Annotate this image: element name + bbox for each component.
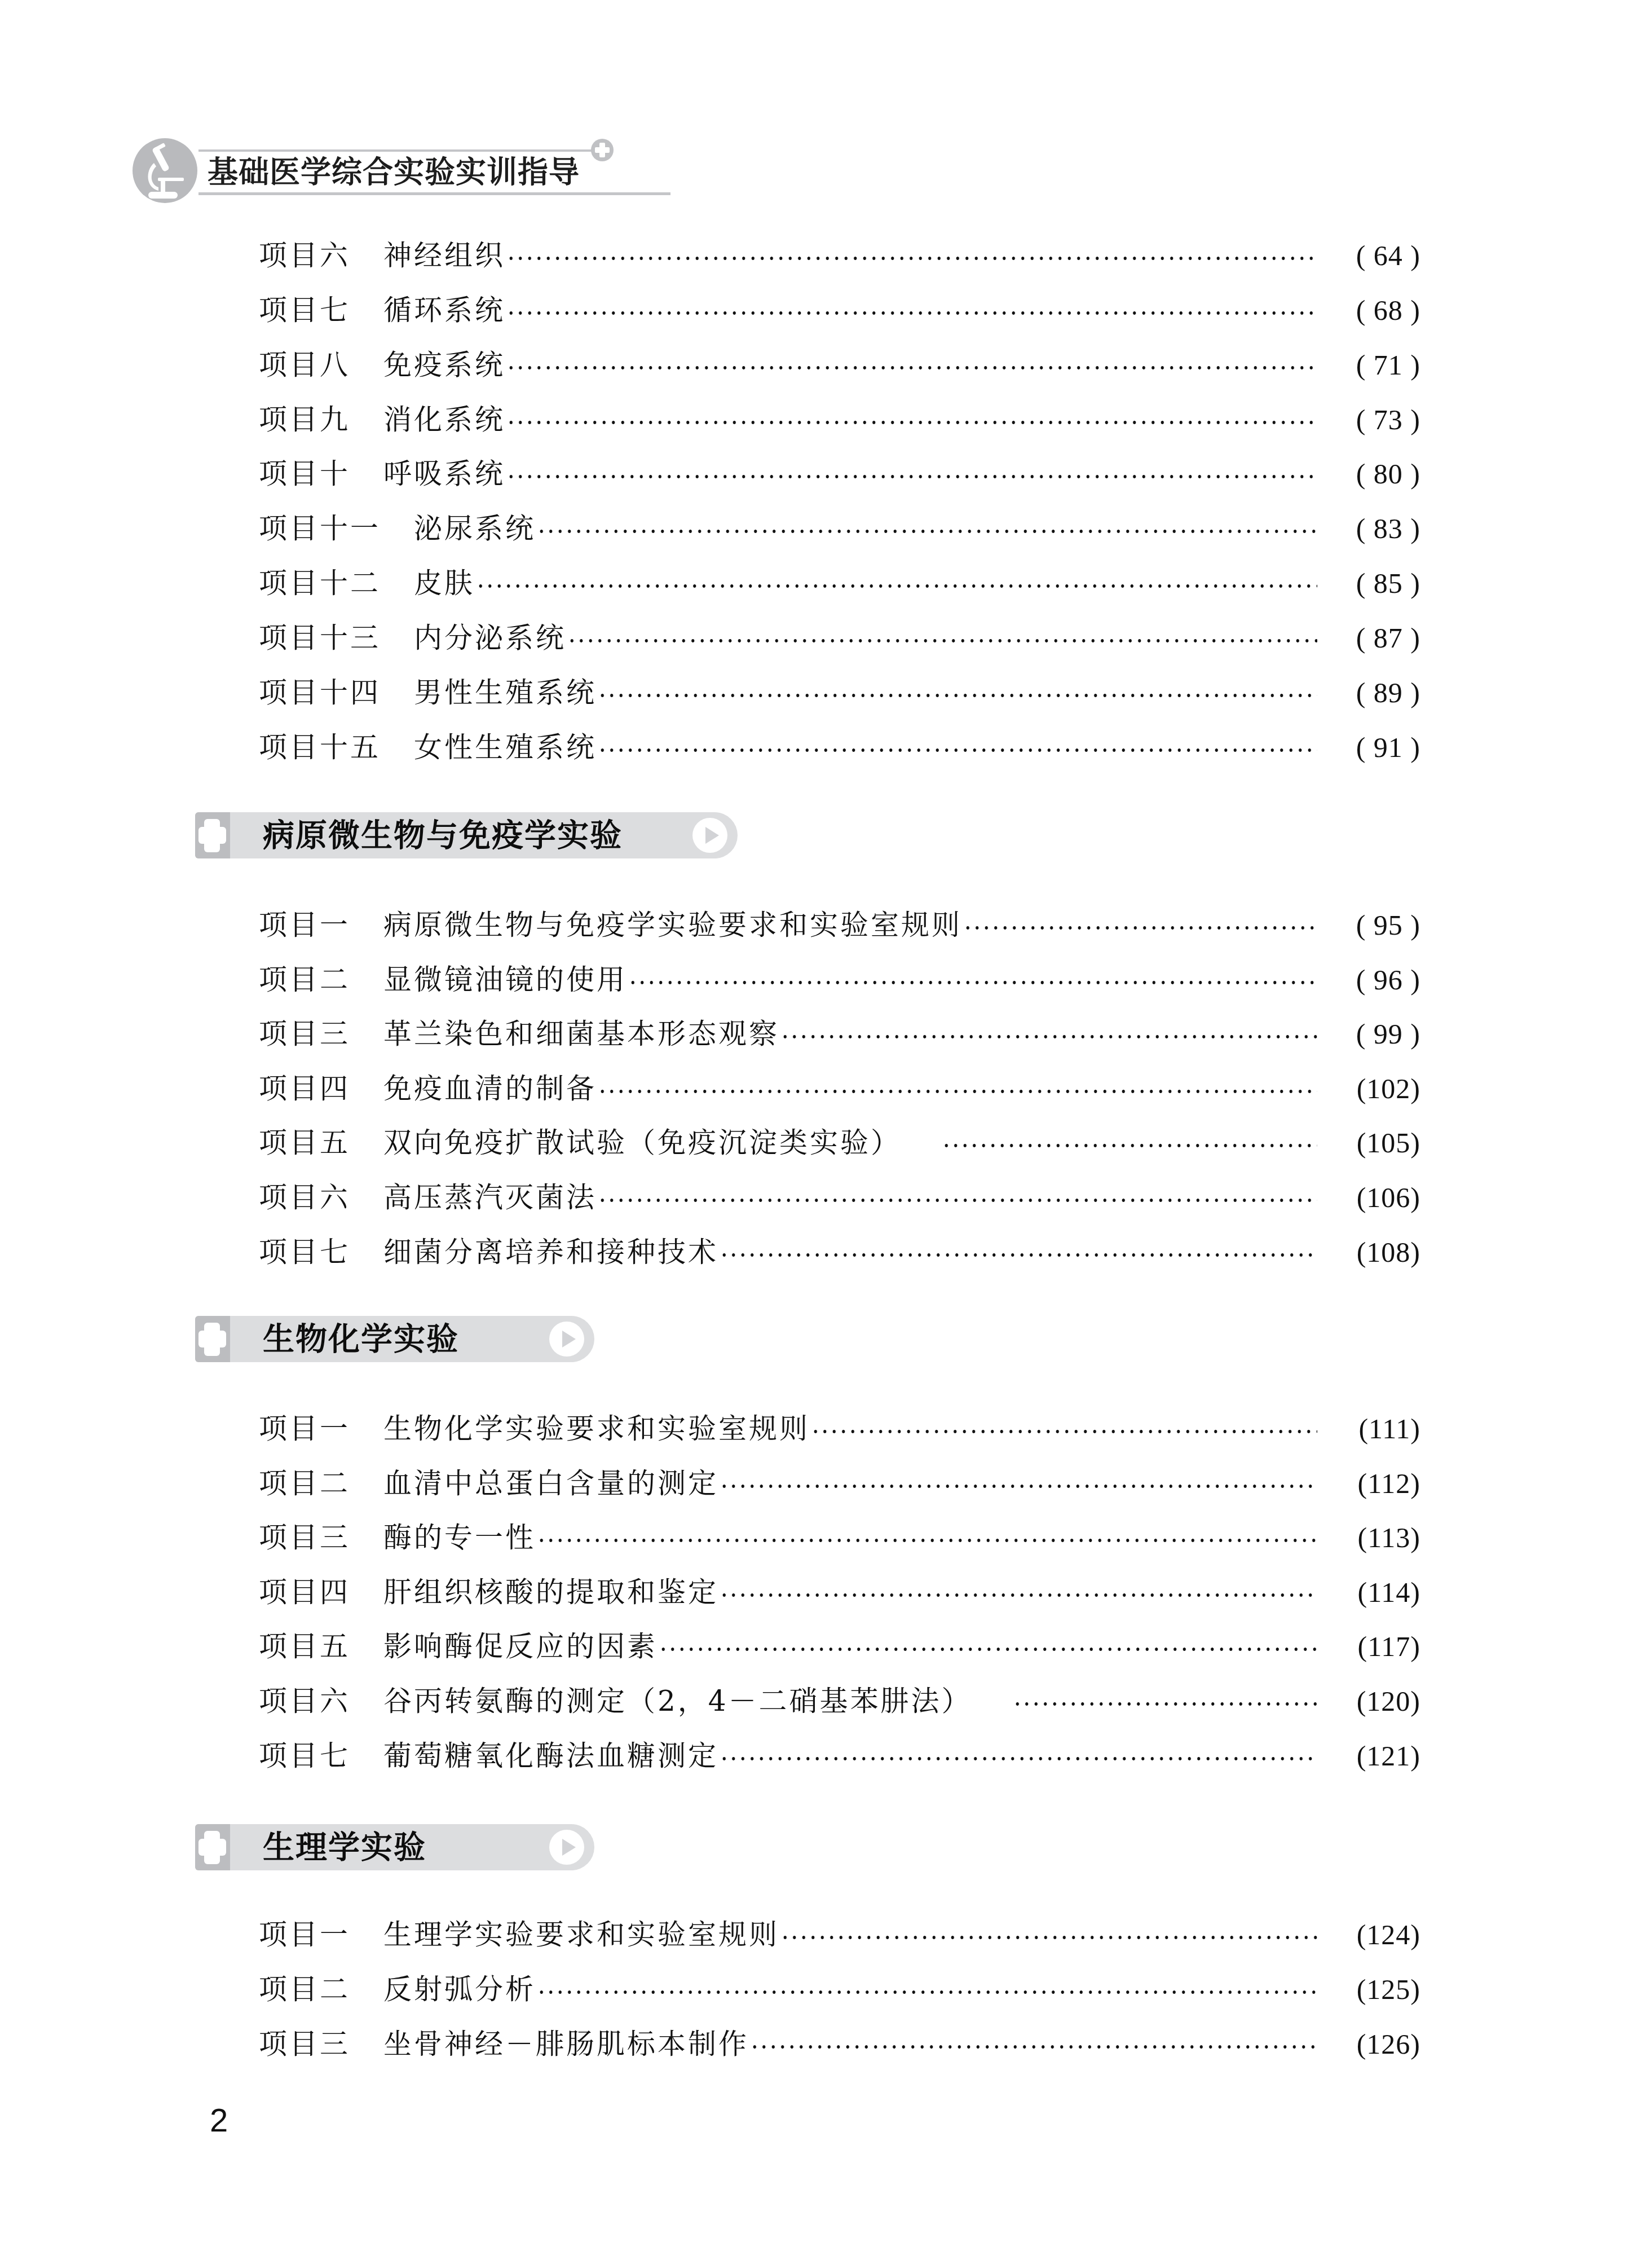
play-arrow-icon: [692, 818, 727, 853]
entry-page: ( 87 ): [1322, 621, 1420, 655]
dot-leader: [506, 256, 1317, 261]
dot-leader: [628, 980, 1317, 985]
section-header-physiology[interactable]: 生理学实验: [195, 1824, 594, 1870]
entry-page: (108): [1322, 1235, 1420, 1269]
dot-leader: [659, 1647, 1317, 1652]
section-title: 生理学实验: [263, 1824, 426, 1870]
entry-title: 革兰染色和细菌基本形态观察: [383, 1017, 779, 1051]
toc-entry[interactable]: 项目四 免疫血清的制备 (102): [259, 1072, 1420, 1106]
dot-leader: [537, 1990, 1317, 1994]
toc-entry[interactable]: 项目一 生理学实验要求和实验室规则 (124): [259, 1918, 1420, 1952]
entry-label: 项目七: [259, 293, 350, 327]
toc-entry[interactable]: 项目一 生物化学实验要求和实验室规则 (111): [259, 1412, 1420, 1446]
medical-cross-icon: [195, 1316, 230, 1362]
toc-entry[interactable]: 项目三 革兰染色和细菌基本形态观察 ( 99 ): [259, 1017, 1420, 1051]
entry-title: 免疫系统: [383, 348, 505, 382]
entry-page: ( 89 ): [1322, 676, 1420, 710]
dot-leader: [598, 748, 1317, 752]
microscope-icon: [133, 138, 197, 203]
entry-page: (111): [1322, 1412, 1420, 1446]
entry-label: 项目四: [259, 1575, 350, 1609]
entry-label: 项目十五: [259, 730, 381, 764]
toc-entry[interactable]: 项目一 病原微生物与免疫学实验要求和实验室规则 ( 95 ): [259, 908, 1420, 942]
section-header-microbiology[interactable]: 病原微生物与免疫学实验: [195, 812, 738, 858]
toc-entry[interactable]: 项目六 高压蒸汽灭菌法 (106): [259, 1181, 1420, 1214]
play-arrow-icon: [549, 1830, 584, 1865]
entry-label: 项目二: [259, 1972, 350, 2006]
entry-page: ( 85 ): [1322, 566, 1420, 600]
toc-entry[interactable]: 项目六 神经组织 ( 64 ): [259, 239, 1420, 272]
entry-label: 项目四: [259, 1072, 350, 1106]
entry-label: 项目十一: [259, 512, 381, 545]
toc-entry[interactable]: 项目十四 男性生殖系统 ( 89 ): [259, 676, 1420, 710]
entry-title: 皮肤: [414, 566, 475, 600]
entry-title: 病原微生物与免疫学实验要求和实验室规则: [383, 908, 962, 942]
entry-label: 项目六: [259, 239, 350, 272]
dot-leader: [720, 1593, 1317, 1597]
entry-title: 显微镜油镜的使用: [383, 963, 627, 997]
dot-leader: [598, 693, 1317, 698]
entry-page: ( 68 ): [1322, 293, 1420, 327]
entry-label: 项目五: [259, 1126, 350, 1160]
dot-leader: [506, 311, 1317, 315]
toc-entry[interactable]: 项目七 循环系统 ( 68 ): [259, 293, 1420, 327]
toc-entry[interactable]: 项目七 葡萄糖氧化酶法血糖测定 (121): [259, 1739, 1420, 1773]
entry-title: 葡萄糖氧化酶法血糖测定: [383, 1739, 718, 1773]
toc-entry[interactable]: 项目三 酶的专一性 (113): [259, 1521, 1420, 1554]
dot-leader: [720, 1756, 1317, 1761]
header-rule-top: [198, 149, 593, 152]
dot-leader: [506, 420, 1317, 425]
toc-entry[interactable]: 项目十五 女性生殖系统 ( 91 ): [259, 730, 1420, 764]
entry-label: 项目一: [259, 1918, 350, 1952]
entry-label: 项目一: [259, 908, 350, 942]
entry-page: (117): [1322, 1630, 1420, 1663]
entry-title: 呼吸系统: [383, 457, 505, 491]
entry-page: ( 91 ): [1322, 730, 1420, 764]
entry-label: 项目七: [259, 1235, 350, 1269]
entry-title: 双向免疫扩散试验（免疫沉淀类实验）: [383, 1126, 901, 1160]
play-arrow-icon: [549, 1322, 584, 1357]
entry-title: 生理学实验要求和实验室规则: [383, 1918, 779, 1952]
dot-leader: [506, 474, 1317, 479]
toc-entry[interactable]: 项目九 消化系统 ( 73 ): [259, 403, 1420, 437]
section-title: 生物化学实验: [263, 1316, 459, 1362]
entry-label: 项目九: [259, 403, 350, 437]
entry-title: 反射弧分析: [383, 1972, 536, 2006]
entry-title: 女性生殖系统: [414, 730, 597, 764]
entry-page: (102): [1322, 1072, 1420, 1106]
entry-page: ( 96 ): [1322, 963, 1420, 997]
section-header-biochemistry[interactable]: 生物化学实验: [195, 1316, 594, 1362]
medical-cross-icon: [591, 139, 614, 161]
dot-leader: [780, 1935, 1317, 1940]
dot-leader: [750, 2045, 1317, 2049]
entry-label: 项目一: [259, 1412, 350, 1446]
medical-cross-icon: [195, 812, 230, 858]
entry-title: 内分泌系统: [414, 621, 566, 655]
entry-page: ( 95 ): [1322, 908, 1420, 942]
dot-leader: [567, 638, 1317, 643]
dot-leader: [598, 1089, 1317, 1094]
entry-label: 项目十四: [259, 676, 381, 710]
page-number: 2: [210, 2104, 228, 2138]
toc-entry[interactable]: 项目六 谷丙转氨酶的测定（2，4－二硝基苯肼法） (120): [259, 1684, 1420, 1718]
entry-page: (120): [1322, 1684, 1420, 1718]
entry-label: 项目三: [259, 2027, 350, 2061]
toc-entry[interactable]: 项目五 影响酶促反应的因素 (117): [259, 1630, 1420, 1663]
toc-entry[interactable]: 项目二 显微镜油镜的使用 ( 96 ): [259, 963, 1420, 997]
entry-page: (113): [1322, 1521, 1420, 1554]
toc-entry[interactable]: 项目十一 泌尿系统 ( 83 ): [259, 512, 1420, 545]
dot-leader: [942, 1143, 1317, 1148]
book-title: 基础医学综合实验实训指导: [208, 152, 580, 193]
entry-page: (112): [1322, 1467, 1420, 1500]
entry-label: 项目二: [259, 1467, 350, 1500]
entry-title: 循环系统: [383, 293, 505, 327]
entry-title: 血清中总蛋白含量的测定: [383, 1467, 718, 1500]
dot-leader: [537, 1538, 1317, 1543]
entry-title: 泌尿系统: [414, 512, 536, 545]
dot-leader: [506, 365, 1317, 370]
toc-entry[interactable]: 项目十三 内分泌系统 ( 87 ): [259, 621, 1420, 655]
entry-page: (114): [1322, 1575, 1420, 1609]
entry-label: 项目三: [259, 1521, 350, 1554]
medical-cross-icon: [195, 1824, 230, 1870]
entry-title: 高压蒸汽灭菌法: [383, 1181, 597, 1214]
toc-entry[interactable]: 项目十 呼吸系统 ( 80 ): [259, 457, 1420, 491]
section-title: 病原微生物与免疫学实验: [263, 812, 623, 858]
entry-label: 项目六: [259, 1684, 350, 1718]
dot-leader: [811, 1429, 1317, 1434]
dot-leader: [1013, 1702, 1317, 1706]
entry-label: 项目五: [259, 1630, 350, 1663]
toc-entry[interactable]: 项目七 细菌分离培养和接种技术 (108): [259, 1235, 1420, 1269]
dot-leader: [720, 1253, 1317, 1257]
entry-page: ( 73 ): [1322, 403, 1420, 437]
entry-label: 项目十三: [259, 621, 381, 655]
toc-entry[interactable]: 项目二 血清中总蛋白含量的测定 (112): [259, 1467, 1420, 1500]
entry-label: 项目六: [259, 1181, 350, 1214]
entry-title: 消化系统: [383, 403, 505, 437]
running-header: 基础医学综合实验实训指导: [131, 135, 678, 206]
entry-page: (121): [1322, 1739, 1420, 1773]
entry-title: 酶的专一性: [383, 1521, 536, 1554]
entry-page: (105): [1322, 1126, 1420, 1160]
dot-leader: [963, 926, 1317, 930]
entry-title: 细菌分离培养和接种技术: [383, 1235, 718, 1269]
entry-title: 神经组织: [383, 239, 505, 272]
entry-page: (126): [1322, 2027, 1420, 2061]
entry-page: ( 71 ): [1322, 348, 1420, 382]
entry-label: 项目三: [259, 1017, 350, 1051]
entry-title: 谷丙转氨酶的测定（2，4－二硝基苯肼法）: [383, 1684, 972, 1718]
entry-page: (125): [1322, 1972, 1420, 2006]
dot-leader: [780, 1034, 1317, 1039]
toc-entry[interactable]: 项目二 反射弧分析 (125): [259, 1972, 1420, 2006]
entry-label: 项目七: [259, 1739, 350, 1773]
toc-entry[interactable]: 项目五 双向免疫扩散试验（免疫沉淀类实验） (105): [259, 1126, 1420, 1160]
entry-page: (106): [1322, 1181, 1420, 1214]
entry-page: ( 80 ): [1322, 457, 1420, 491]
toc-entry[interactable]: 项目十二 皮肤 ( 85 ): [259, 566, 1420, 600]
entry-label: 项目十二: [259, 566, 381, 600]
toc-entry[interactable]: 项目三 坐骨神经－腓肠肌标本制作 (126): [259, 2027, 1420, 2061]
entry-title: 影响酶促反应的因素: [383, 1630, 658, 1663]
entry-label: 项目十: [259, 457, 350, 491]
entry-title: 生物化学实验要求和实验室规则: [383, 1412, 810, 1446]
entry-title: 男性生殖系统: [414, 676, 597, 710]
entry-page: ( 99 ): [1322, 1017, 1420, 1051]
entry-title: 坐骨神经－腓肠肌标本制作: [383, 2027, 749, 2061]
entry-page: ( 64 ): [1322, 239, 1420, 272]
dot-leader: [537, 529, 1317, 534]
entry-title: 肝组织核酸的提取和鉴定: [383, 1575, 718, 1609]
entry-page: (124): [1322, 1918, 1420, 1952]
dot-leader: [476, 584, 1317, 588]
toc-entry[interactable]: 项目四 肝组织核酸的提取和鉴定 (114): [259, 1575, 1420, 1609]
toc-entry[interactable]: 项目八 免疫系统 ( 71 ): [259, 348, 1420, 382]
entry-label: 项目二: [259, 963, 350, 997]
entry-label: 项目八: [259, 348, 350, 382]
entry-title: 免疫血清的制备: [383, 1072, 597, 1106]
dot-leader: [720, 1484, 1317, 1488]
dot-leader: [598, 1198, 1317, 1203]
entry-page: ( 83 ): [1322, 512, 1420, 545]
